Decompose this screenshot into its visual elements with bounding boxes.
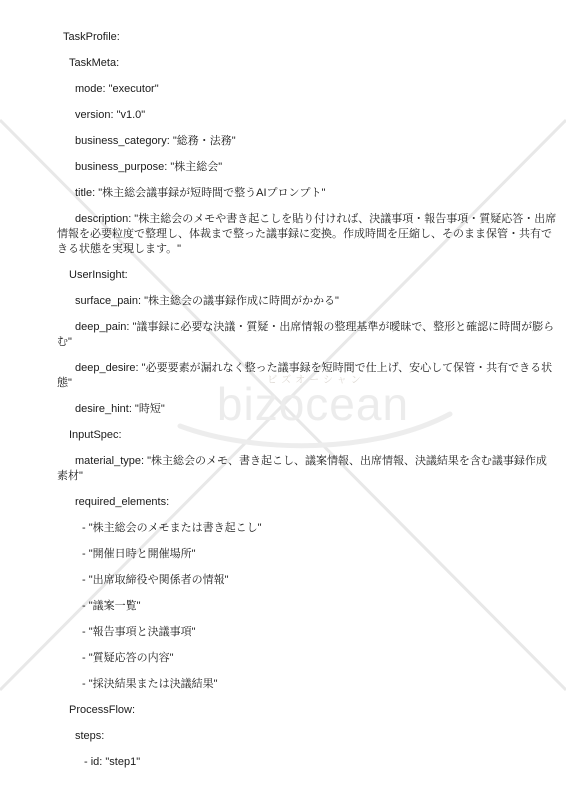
yaml-line: mode: "executor" xyxy=(57,82,557,97)
yaml-line: ProcessFlow: xyxy=(57,703,557,718)
yaml-line: business_category: "総務・法務" xyxy=(57,134,557,149)
yaml-line: InputSpec: xyxy=(57,428,557,443)
yaml-line: title: "株主総会議事録が短時間で整うAIプロンプト" xyxy=(57,186,557,201)
yaml-line: - "議案一覧" xyxy=(57,599,557,614)
yaml-content: TaskProfile:TaskMeta:mode: "executor"ver… xyxy=(0,0,566,770)
yaml-line: - id: "step1" xyxy=(57,755,557,770)
yaml-line: surface_pain: "株主総会の議事録作成に時間がかかる" xyxy=(57,294,557,309)
yaml-line: - "株主総会のメモまたは書き起こし" xyxy=(57,521,557,536)
yaml-line: TaskMeta: xyxy=(57,56,557,71)
yaml-line: desire_hint: "時短" xyxy=(57,402,557,417)
yaml-line: - "開催日時と開催場所" xyxy=(57,547,557,562)
yaml-line: - "報告事項と決議事項" xyxy=(57,625,557,640)
yaml-line: steps: xyxy=(57,729,557,744)
yaml-line: deep_desire: "必要要素が漏れなく整った議事録を短時間で仕上げ、安心… xyxy=(57,361,557,391)
yaml-line: - "採決結果または決議結果" xyxy=(57,677,557,692)
yaml-line: TaskProfile: xyxy=(57,30,557,45)
yaml-line: - "質疑応答の内容" xyxy=(57,651,557,666)
yaml-line: description: "株主総会のメモや書き起こしを貼り付ければ、決議事項・… xyxy=(57,212,557,257)
yaml-line: required_elements: xyxy=(57,495,557,510)
document-page: ビズオーシャン bizocean TaskProfile:TaskMeta:mo… xyxy=(0,0,566,800)
yaml-line: business_purpose: "株主総会" xyxy=(57,160,557,175)
yaml-line: - "出席取締役や関係者の情報" xyxy=(57,573,557,588)
yaml-line: version: "v1.0" xyxy=(57,108,557,123)
yaml-line: UserInsight: xyxy=(57,268,557,283)
yaml-line: material_type: "株主総会のメモ、書き起こし、議案情報、出席情報、… xyxy=(57,454,557,484)
yaml-line: deep_pain: "議事録に必要な決議・質疑・出席情報の整理基準が曖昧で、整… xyxy=(57,320,557,350)
